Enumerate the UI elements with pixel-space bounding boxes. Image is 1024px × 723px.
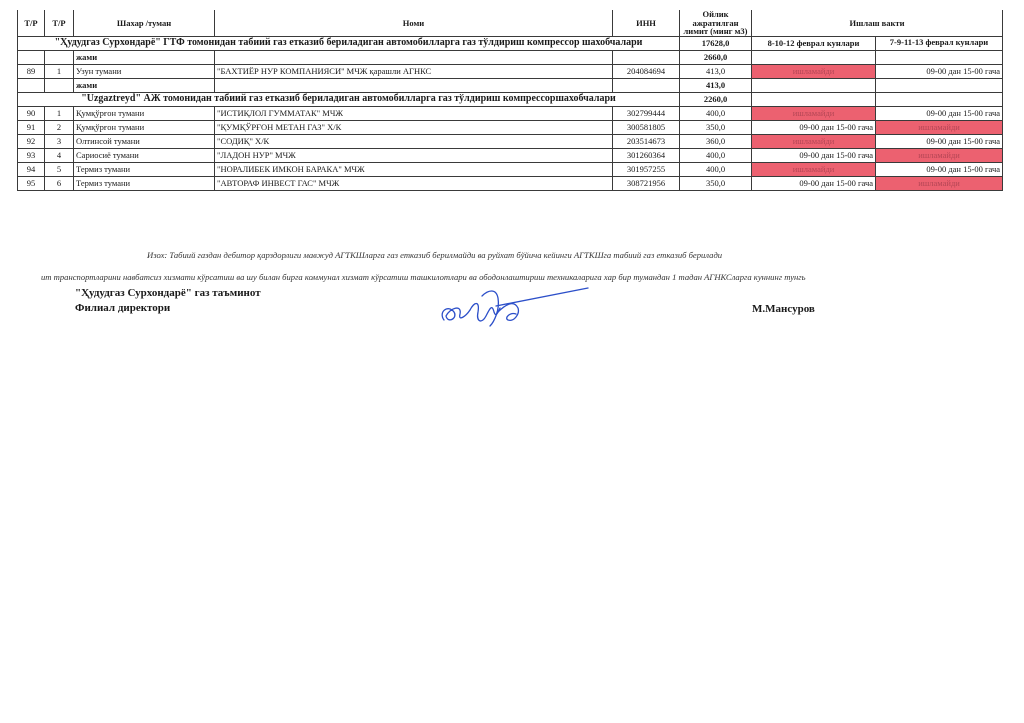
section1-title: "Ҳудудгаз Сурхондарё" ГТФ томонидан таби… [18, 36, 680, 50]
row-schedule-b: 09-00 дан 15-00 гача [876, 134, 1003, 148]
row-schedule-a: ишламайди [752, 162, 876, 176]
row-inn: 302799444 [613, 106, 680, 120]
row-schedule-a: 09-00 дан 15-00 гача [752, 120, 876, 134]
signature-icon [436, 282, 596, 332]
row-index: 2 [45, 120, 74, 134]
row-inn: 308721956 [613, 176, 680, 190]
row-schedule-a: ишламайди [752, 106, 876, 120]
table-row: 956Термиз тумани"АВТОРАФ ИНВЕСТ ГАС" МЧЖ… [18, 176, 1003, 190]
days-b-header: 7-9-11-13 феврал кунлари [876, 36, 1003, 50]
subtotal-label: жами [74, 50, 215, 64]
row-name: "ЛАДОН НУР" МЧЖ [215, 148, 613, 162]
row-index: 5 [45, 162, 74, 176]
section2-limit: 2260,0 [680, 92, 752, 106]
row-name: "БАХТИЁР НУР КОМПАНИЯСИ" МЧЖ қарашли АГН… [215, 64, 613, 78]
row-limit: 350,0 [680, 120, 752, 134]
row-limit: 400,0 [680, 162, 752, 176]
section1-limit: 17628,0 [680, 36, 752, 50]
row-limit: 413,0 [680, 64, 752, 78]
header-inn: ИНН [613, 10, 680, 36]
signoff-block: "Ҳудудгаз Сурхондарё" газ таъминот Филиа… [75, 286, 261, 316]
row-schedule-a: 09-00 дан 15-00 гача [752, 176, 876, 190]
row-schedule-a: 09-00 дан 15-00 гача [752, 148, 876, 162]
row-inn: 301260364 [613, 148, 680, 162]
row-number: 91 [18, 120, 45, 134]
header-worktime: Ишлаш вакти [752, 10, 1003, 36]
row-index: 1 [45, 106, 74, 120]
table-row: 934Сариосиё тумани"ЛАДОН НУР" МЧЖ3012603… [18, 148, 1003, 162]
section2-heading-row: "Uzgaztreyd" АЖ томонидан табиий газ етк… [18, 92, 1003, 106]
row-name: "СОДИҚ" Х/К [215, 134, 613, 148]
table-row: 923Олтинсой тумани"СОДИҚ" Х/К20351467336… [18, 134, 1003, 148]
days-a-header: 8-10-12 феврал кунлари [752, 36, 876, 50]
row-schedule-a: ишламайди [752, 64, 876, 78]
note-line-1: Изох: Табиий газдан дебитор қарздорлиги … [147, 250, 722, 260]
row-limit: 400,0 [680, 148, 752, 162]
row-index: 6 [45, 176, 74, 190]
row-index: 1 [45, 64, 74, 78]
row-schedule-b: 09-00 дан 15-00 гача [876, 64, 1003, 78]
row-name: "АВТОРАФ ИНВЕСТ ГАС" МЧЖ [215, 176, 613, 190]
row-schedule-b: ишламайди [876, 120, 1003, 134]
row-name: "ИСТИҚЛОЛ ГУММАТАК" МЧЖ [215, 106, 613, 120]
subtotal-label: жами [74, 78, 215, 92]
table-row: 912Қумқўрғон тумани"ҚУМҚЎРҒОН МЕТАН ГАЗ"… [18, 120, 1003, 134]
section2-title: "Uzgaztreyd" АЖ томонидан табиий газ етк… [18, 92, 680, 106]
section1-heading-row: "Ҳудудгаз Сурхондарё" ГТФ томонидан таби… [18, 36, 1003, 50]
subtotal-value: 413,0 [680, 78, 752, 92]
table-row: 89 1 Узун тумани "БАХТИЁР НУР КОМПАНИЯСИ… [18, 64, 1003, 78]
note-line-2: ит транспортларини навбатсиз хизмати кўр… [41, 272, 806, 282]
row-schedule-b: ишламайди [876, 148, 1003, 162]
row-number: 92 [18, 134, 45, 148]
subtotal-row: жами 2660,0 [18, 50, 1003, 64]
header-name: Номи [215, 10, 613, 36]
table-header-row: Т/Р Т/Р Шахар /туман Номи ИНН Ойлик ажра… [18, 10, 1003, 36]
row-limit: 400,0 [680, 106, 752, 120]
row-city: Термиз тумани [74, 176, 215, 190]
header-city: Шахар /туман [74, 10, 215, 36]
row-inn: 204084694 [613, 64, 680, 78]
row-inn: 203514673 [613, 134, 680, 148]
table-row: 945Термиз тумани"НОРАЛИБЕК ИМКОН БАРАКА"… [18, 162, 1003, 176]
header-limit: Ойлик ажратилган лимит (минг м3) [680, 10, 752, 36]
row-number: 89 [18, 64, 45, 78]
row-inn: 300581805 [613, 120, 680, 134]
row-limit: 360,0 [680, 134, 752, 148]
row-number: 95 [18, 176, 45, 190]
subtotal-value: 2660,0 [680, 50, 752, 64]
row-name: "НОРАЛИБЕК ИМКОН БАРАКА" МЧЖ [215, 162, 613, 176]
row-city: Олтинсой тумани [74, 134, 215, 148]
row-index: 4 [45, 148, 74, 162]
header-tr2: Т/Р [45, 10, 74, 36]
row-schedule-b: ишламайди [876, 176, 1003, 190]
row-schedule-b: 09-00 дан 15-00 гача [876, 106, 1003, 120]
row-number: 94 [18, 162, 45, 176]
section2-rows: 901Қумқўрғон тумани"ИСТИҚЛОЛ ГУММАТАК" М… [18, 106, 1003, 190]
row-city: Қумқўрғон тумани [74, 120, 215, 134]
row-number: 93 [18, 148, 45, 162]
director-name: М.Мансуров [752, 303, 815, 315]
gas-station-schedule-table: Т/Р Т/Р Шахар /туман Номи ИНН Ойлик ажра… [17, 10, 1003, 191]
row-index: 3 [45, 134, 74, 148]
row-schedule-b: 09-00 дан 15-00 гача [876, 162, 1003, 176]
row-name: "ҚУМҚЎРҒОН МЕТАН ГАЗ" Х/К [215, 120, 613, 134]
row-city: Қумқўрғон тумани [74, 106, 215, 120]
row-city: Термиз тумани [74, 162, 215, 176]
subtotal-row: жами 413,0 [18, 78, 1003, 92]
table-row: 901Қумқўрғон тумани"ИСТИҚЛОЛ ГУММАТАК" М… [18, 106, 1003, 120]
row-limit: 350,0 [680, 176, 752, 190]
header-tr1: Т/Р [18, 10, 45, 36]
row-city: Узун тумани [74, 64, 215, 78]
row-inn: 301957255 [613, 162, 680, 176]
row-schedule-a: ишламайди [752, 134, 876, 148]
row-number: 90 [18, 106, 45, 120]
row-city: Сариосиё тумани [74, 148, 215, 162]
signoff-org: "Ҳудудгаз Сурхондарё" газ таъминот [75, 286, 261, 301]
signoff-title: Филиал директори [75, 301, 261, 316]
